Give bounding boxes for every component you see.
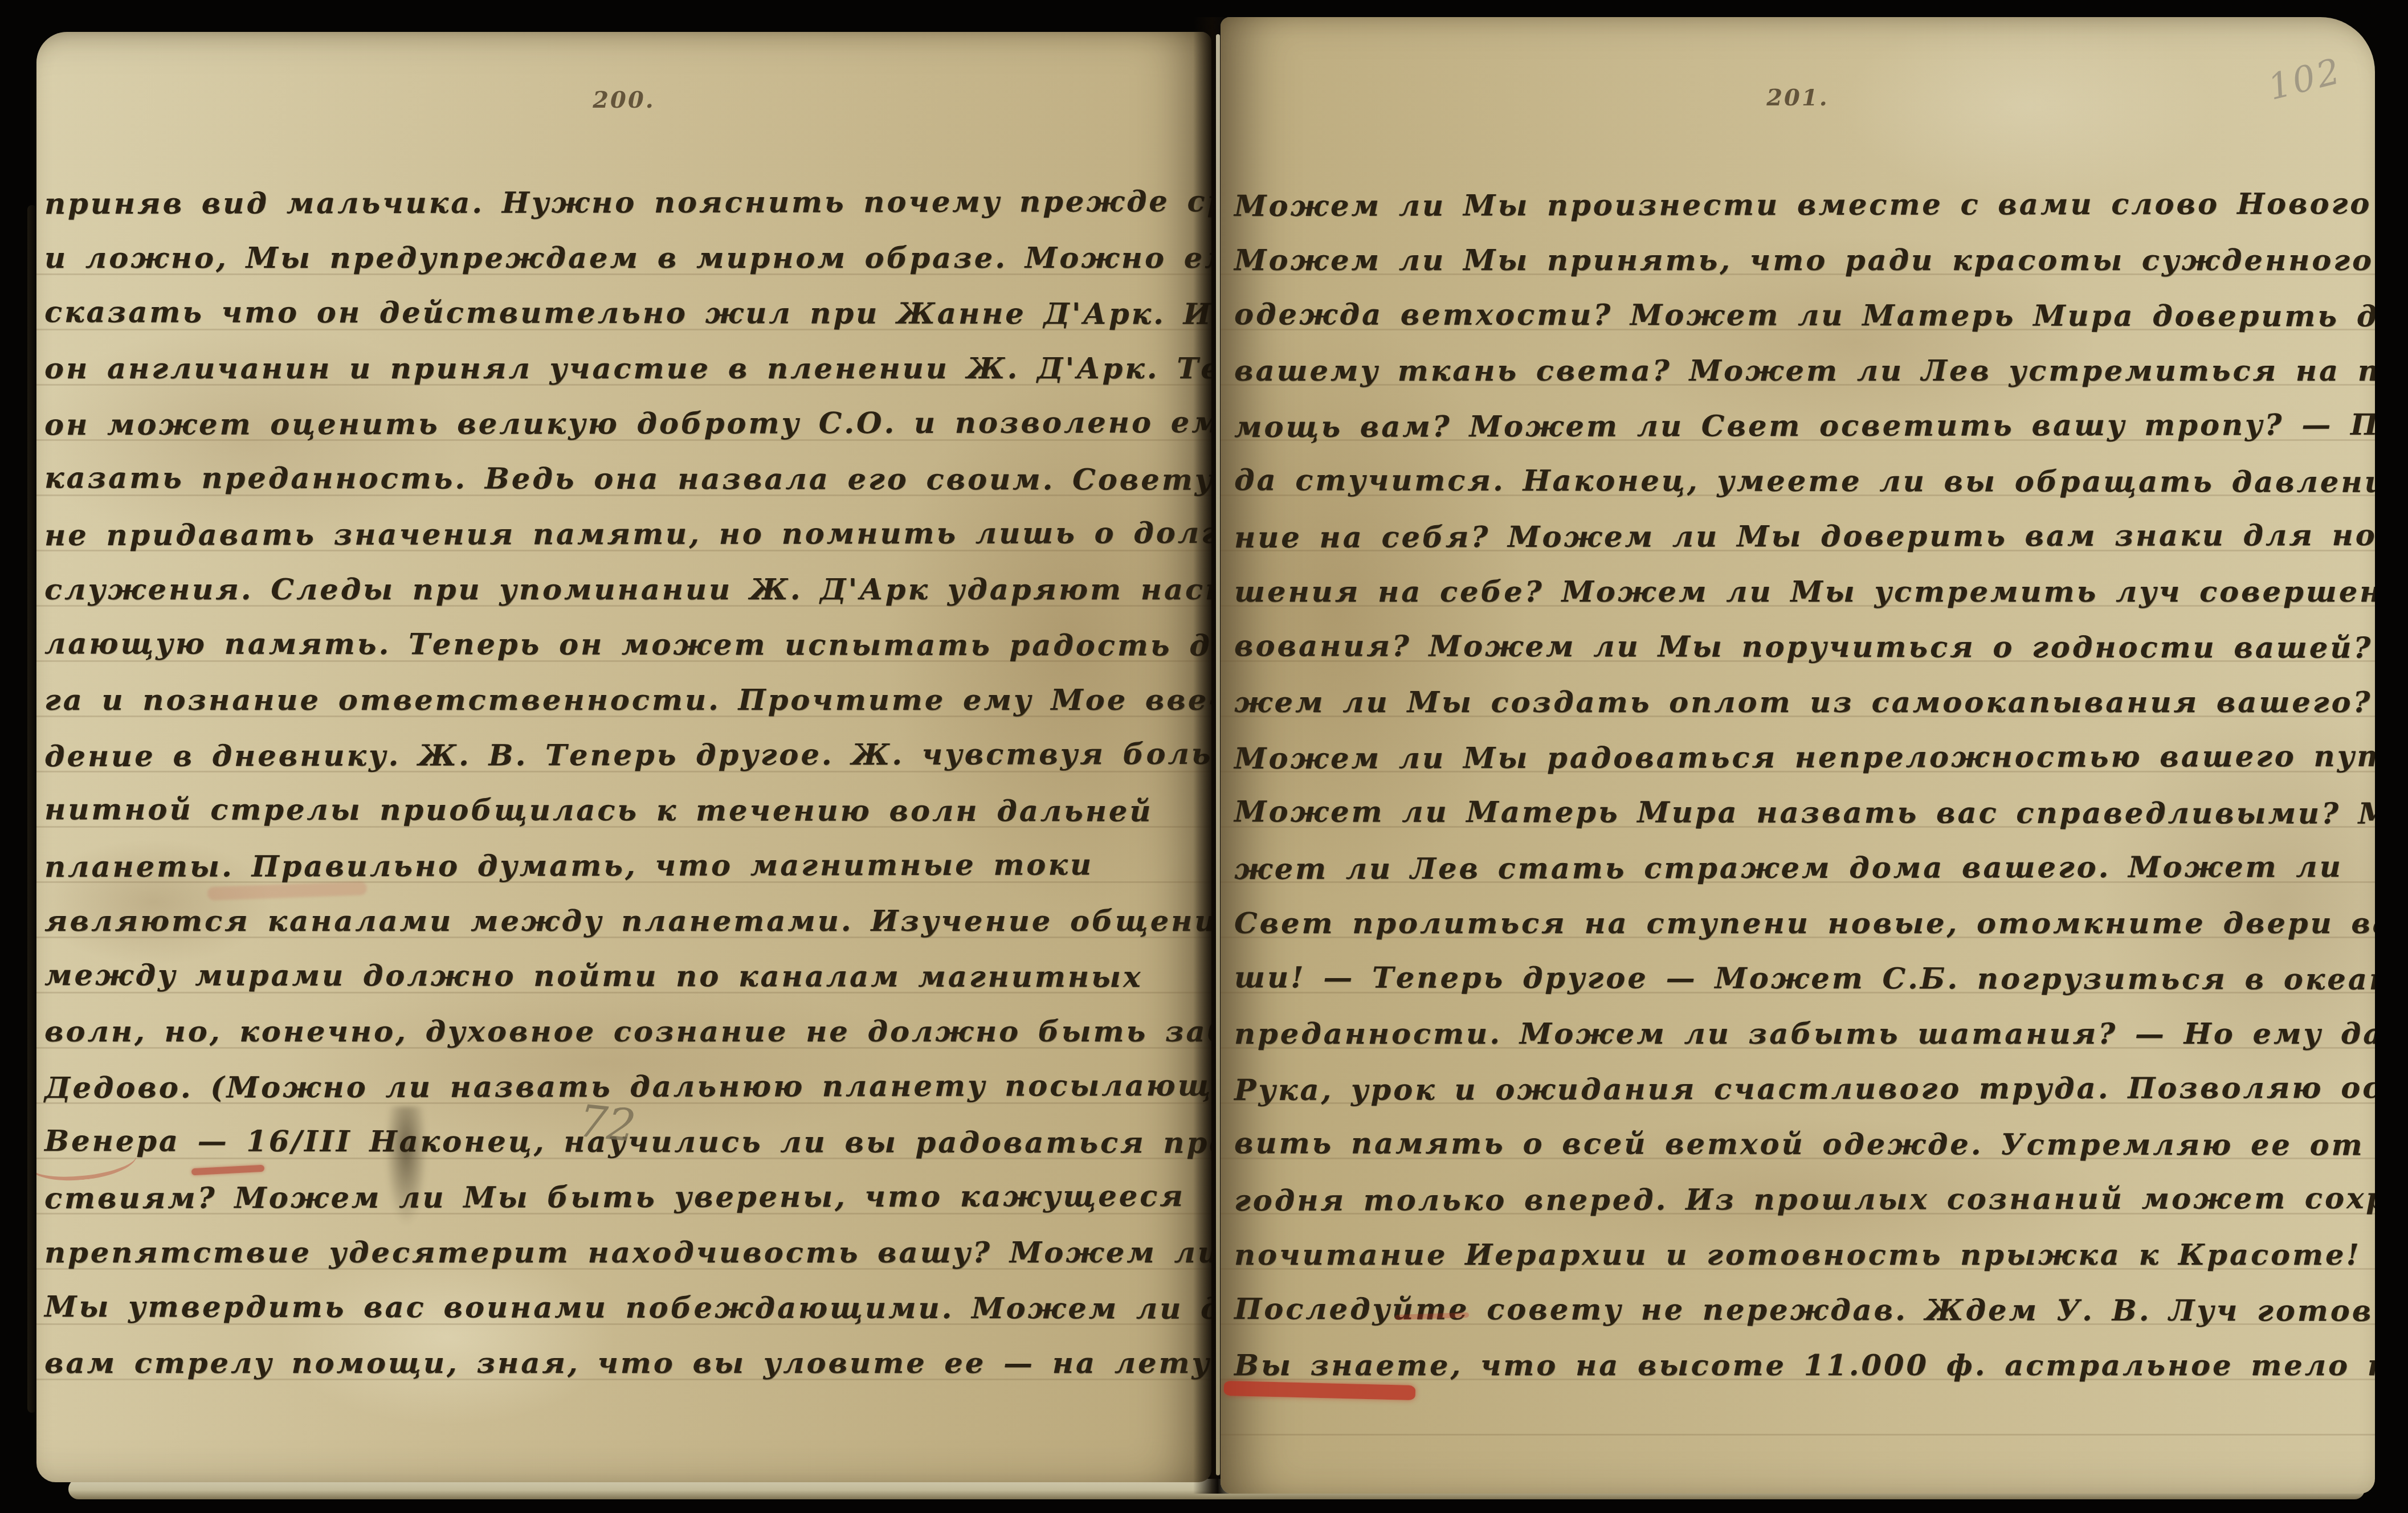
- manuscript-line: вам стрелу помощи, зная, что вы уловите …: [44, 1336, 1208, 1391]
- manuscript-line: годня только вперед. Из прошлых сознаний…: [1234, 1171, 2373, 1229]
- manuscript-line: Можем ли Мы радоваться непреложностью ва…: [1234, 729, 2373, 787]
- manuscript-line: и ложно, Мы предупреждаем в мирном образ…: [44, 231, 1208, 286]
- manuscript-line: вования? Можем ли Мы поручиться о годнос…: [1234, 619, 2373, 676]
- manuscript-line: нитной стрелы приобщилась к течению волн…: [44, 782, 1208, 840]
- manuscript-line: не придавать значения памяти, но помнить…: [44, 506, 1208, 563]
- manuscript-line: ние на себя? Можем ли Мы доверить вам зн…: [1234, 508, 2373, 566]
- manuscript-line: планеты. Правильно думать, что магнитные…: [44, 837, 1208, 895]
- manuscript-line: лающую память. Теперь он может испытать …: [44, 616, 1208, 674]
- manuscript-line: ши! — Теперь другое — Может С.Б. погрузи…: [1234, 950, 2373, 1007]
- manuscript-line: служения. Следы при упоминании Ж. Д'Арк …: [44, 562, 1208, 618]
- page-edge-sliver: [1216, 34, 1220, 1475]
- notebook-scan: 200. приняв вид мальчика. Нужно пояснить…: [0, 0, 2408, 1513]
- manuscript-line: дение в дневнику. Ж. В. Теперь другое. Ж…: [44, 727, 1208, 784]
- manuscript-line: шения на себе? Можем ли Мы устремить луч…: [1234, 565, 2373, 620]
- right-page-number: 201.: [1221, 84, 2375, 111]
- right-page: 201. 102 Можем ли Мы произнести вместе с…: [1221, 17, 2375, 1494]
- manuscript-line: являются каналами между планетами. Изуче…: [44, 894, 1208, 949]
- manuscript-line: вить память о всей ветхой одежде. Устрем…: [1234, 1116, 2373, 1173]
- manuscript-line: Может ли Матерь Мира назвать вас справед…: [1234, 784, 2373, 841]
- manuscript-line: Можем ли Мы произнести вместе с вами сло…: [1234, 177, 2373, 234]
- manuscript-line: преданности. Можем ли забыть шатания? — …: [1234, 1007, 2373, 1062]
- pencil-annotation-72: 72: [577, 1095, 638, 1152]
- manuscript-line: мощь вам? Может ли Свет осветить вашу тр…: [1234, 398, 2373, 455]
- manuscript-line: Рука, урок и ожидания счастливого труда.…: [1234, 1061, 2373, 1118]
- manuscript-line: сказать что он действительно жил при Жан…: [44, 285, 1208, 342]
- left-page-text: приняв вид мальчика. Нужно пояснить поче…: [44, 175, 1208, 1391]
- manuscript-line: жет ли Лев стать стражем дома вашего. Мо…: [1234, 840, 2373, 897]
- manuscript-line: ствиям? Можем ли Мы быть уверены, что ка…: [44, 1169, 1208, 1226]
- manuscript-line: он англичанин и принял участие в пленени…: [44, 341, 1208, 396]
- left-page: 200. приняв вид мальчика. Нужно пояснить…: [36, 32, 1211, 1482]
- manuscript-line: волн, но, конечно, духовное сознание не …: [44, 1004, 1208, 1060]
- manuscript-line: препятствие удесятерит находчивость вашу…: [44, 1225, 1208, 1281]
- manuscript-line: одежда ветхости? Может ли Матерь Мира до…: [1234, 287, 2373, 344]
- manuscript-line: Последуйте совету не переждав. Ждем У. В…: [1234, 1282, 2373, 1339]
- manuscript-line: между мирами должно пойти по каналам маг…: [44, 948, 1208, 1005]
- manuscript-line: Вы знаете, что на высоте 11.000 ф. астра…: [1234, 1338, 2373, 1393]
- right-page-text: Можем ли Мы произнести вместе с вами сло…: [1234, 178, 2373, 1393]
- manuscript-line: Мы утвердить вас воинами побеждающими. М…: [44, 1279, 1208, 1337]
- left-page-number: 200.: [36, 87, 1211, 113]
- manuscript-line: вашему ткань света? Может ли Лев устреми…: [1234, 344, 2373, 399]
- manuscript-line: Можем ли Мы принять, что ради красоты су…: [1234, 233, 2373, 288]
- manuscript-line: га и познание ответственности. Прочтите …: [44, 673, 1208, 728]
- manuscript-line: почитание Иерархии и готовность прыжка к…: [1234, 1228, 2373, 1283]
- book-spine-edge: [27, 205, 36, 1413]
- manuscript-line: приняв вид мальчика. Нужно пояснить поче…: [44, 174, 1208, 232]
- manuscript-line: жем ли Мы создать оплот из самоокапывани…: [1234, 675, 2373, 730]
- manuscript-line: он может оценить великую доброту С.О. и …: [44, 395, 1208, 453]
- manuscript-line: казать преданность. Ведь она назвала его…: [44, 451, 1208, 508]
- manuscript-line: Свет пролиться на ступени новые, отомкни…: [1234, 896, 2373, 951]
- manuscript-line: да стучится. Наконец, умеете ли вы обращ…: [1234, 453, 2373, 510]
